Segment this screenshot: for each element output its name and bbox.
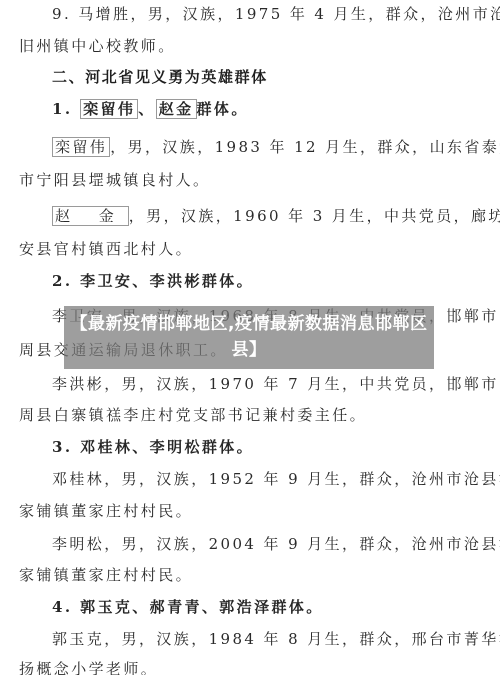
paragraph-line: 赵 金，男，汉族，1960 年 3 月生，中共党员，廊坊市固: [0, 206, 500, 226]
group-number: 1.: [52, 100, 80, 118]
name-box: 赵金: [156, 99, 197, 119]
paragraph-line: 安县官村镇西北村人。: [0, 239, 500, 259]
section-heading: 二、河北省见义勇为英雄群体: [0, 67, 500, 87]
name-box: 赵 金: [52, 206, 129, 226]
name-box: 栾留伟: [52, 137, 110, 157]
group-suffix: 群体。: [197, 100, 249, 118]
paragraph-line: 扬概念小学老师。: [0, 659, 500, 675]
separator: 、: [138, 100, 155, 118]
group-heading-2: 2. 李卫安、李洪彬群体。: [0, 271, 500, 291]
paragraph-line: 家铺镇董家庄村村民。: [0, 565, 500, 585]
person-details: ，男，汉族，1983 年 12 月生，群众，山东省泰安: [110, 138, 500, 156]
group-heading-1: 1. 栾留伟、赵金群体。: [0, 99, 500, 119]
paragraph-line: 李明松，男，汉族，2004 年 9 月生，群众，沧州市沧县汪: [0, 534, 500, 554]
paragraph-line: 郭玉克，男，汉族，1984 年 8 月生，群众，邢台市菁华浩: [0, 629, 500, 649]
paragraph-line: 9. 马增胜，男，汉族，1975 年 4 月生，群众，沧州市沧县: [0, 4, 500, 24]
group-heading-4: 4. 郭玉克、郝青青、郭浩泽群体。: [0, 597, 500, 617]
paragraph-line: 旧州镇中心校教师。: [0, 36, 500, 56]
title-overlay-banner: 【最新疫情邯郸地区,疫情最新数据消息邯郸区县】: [64, 306, 434, 369]
group-heading-3: 3. 邓桂林、李明松群体。: [0, 437, 500, 457]
person-details: ，男，汉族，1960 年 3 月生，中共党员，廊坊市固: [129, 207, 500, 225]
paragraph-line: 栾留伟，男，汉族，1983 年 12 月生，群众，山东省泰安: [0, 137, 500, 157]
name-box: 栾留伟: [80, 99, 138, 119]
paragraph-line: 家铺镇董家庄村村民。: [0, 501, 500, 521]
paragraph-line: 市宁阳县堽城镇良村人。: [0, 170, 500, 190]
paragraph-line: 邓桂林，男，汉族，1952 年 9 月生，群众，沧州市沧县汪: [0, 469, 500, 489]
paragraph-line: 周县白寨镇禚李庄村党支部书记兼村委主任。: [0, 405, 500, 425]
paragraph-line: 李洪彬，男，汉族，1970 年 7 月生，中共党员，邯郸市曲: [0, 374, 500, 394]
